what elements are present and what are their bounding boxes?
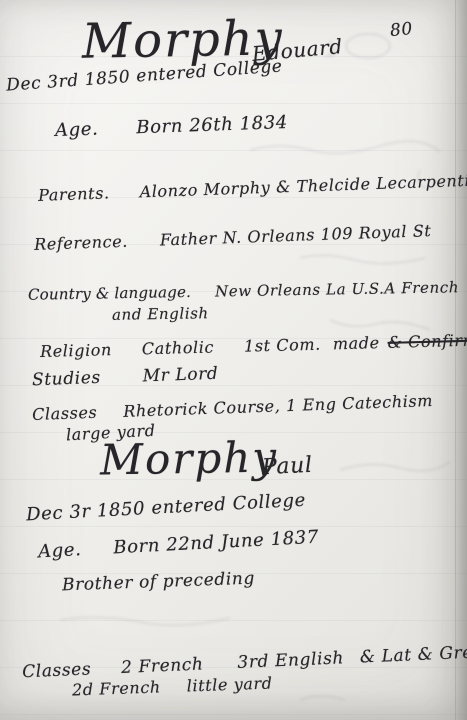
- entry2-given-name: Paul: [261, 453, 313, 481]
- entry1-country-line-2: and English: [112, 304, 209, 324]
- page-number: 80: [389, 19, 414, 41]
- scanned-register-page: 80 Morphy Edouard Dec 3rd 1850 entered C…: [0, 0, 467, 720]
- studies-value: Mr Lord: [142, 364, 218, 387]
- religion-value: Catholic: [142, 337, 215, 358]
- page-edge-shadow: [456, 0, 467, 720]
- studies-label: Studies: [32, 368, 101, 390]
- parents-label: Parents.: [38, 183, 110, 204]
- communion-note: 1st Com.: [244, 335, 321, 356]
- entry2-surname: Morphy: [100, 432, 279, 484]
- classes-label: Classes: [32, 403, 98, 424]
- classes-label: Classes: [22, 659, 92, 682]
- classes-yard: little yard: [186, 674, 272, 696]
- communion-made: made: [333, 333, 380, 353]
- age-label: Age.: [55, 119, 99, 141]
- age-label: Age.: [38, 539, 82, 562]
- classes-french-2: 2d French: [72, 677, 161, 699]
- religion-label: Religion: [40, 340, 112, 361]
- reference-label: Reference.: [34, 232, 128, 254]
- communion-struck-text: & Confirmed: [387, 330, 467, 352]
- classes-french: 2 French: [121, 654, 204, 678]
- country-label: Country & language.: [28, 283, 191, 304]
